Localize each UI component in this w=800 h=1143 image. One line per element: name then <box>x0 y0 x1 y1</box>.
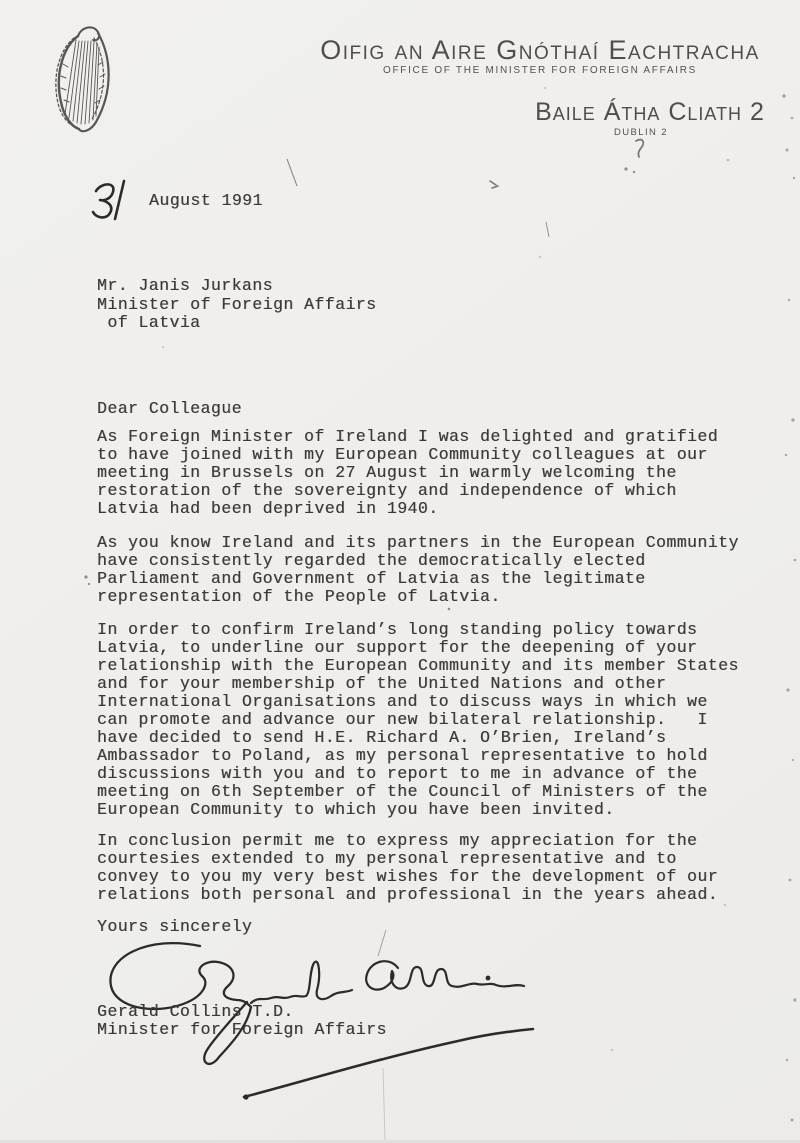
office-title-irish: Oifig an Aire Gnóthaí Eachtracha <box>300 36 780 64</box>
signatory-title: Minister for Foreign Affairs <box>97 1021 387 1039</box>
paragraph-4: In conclusion permit me to express my ap… <box>97 832 718 904</box>
irish-harp-emblem-icon <box>48 24 128 144</box>
salutation: Dear Colleague <box>97 400 242 418</box>
paragraph-1: As Foreign Minister of Ireland I was del… <box>97 428 718 518</box>
paragraph-2: As you know Ireland and its partners in … <box>97 534 739 606</box>
office-title-english: OFFICE OF THE MINISTER FOR FOREIGN AFFAI… <box>300 65 780 76</box>
letterhead: Oifig an Aire Gnóthaí Eachtracha OFFICE … <box>300 36 780 76</box>
city-name-english: DUBLIN 2 <box>500 127 782 138</box>
handwritten-day-icon <box>88 176 138 224</box>
city-name-irish: Baile Átha Cliath 2 <box>500 99 800 125</box>
letterhead-address: Baile Átha Cliath 2 DUBLIN 2 <box>500 99 800 138</box>
recipient-address: Mr. Janis Jurkans Minister of Foreign Af… <box>97 277 377 333</box>
scanned-letter-document: Oifig an Aire Gnóthaí Eachtracha OFFICE … <box>0 0 800 1143</box>
signatory-name: Gerald Collins T.D. <box>97 1003 294 1021</box>
date-typed: August 1991 <box>149 192 263 210</box>
paragraph-3: In order to confirm Ireland’s long stand… <box>97 621 739 819</box>
